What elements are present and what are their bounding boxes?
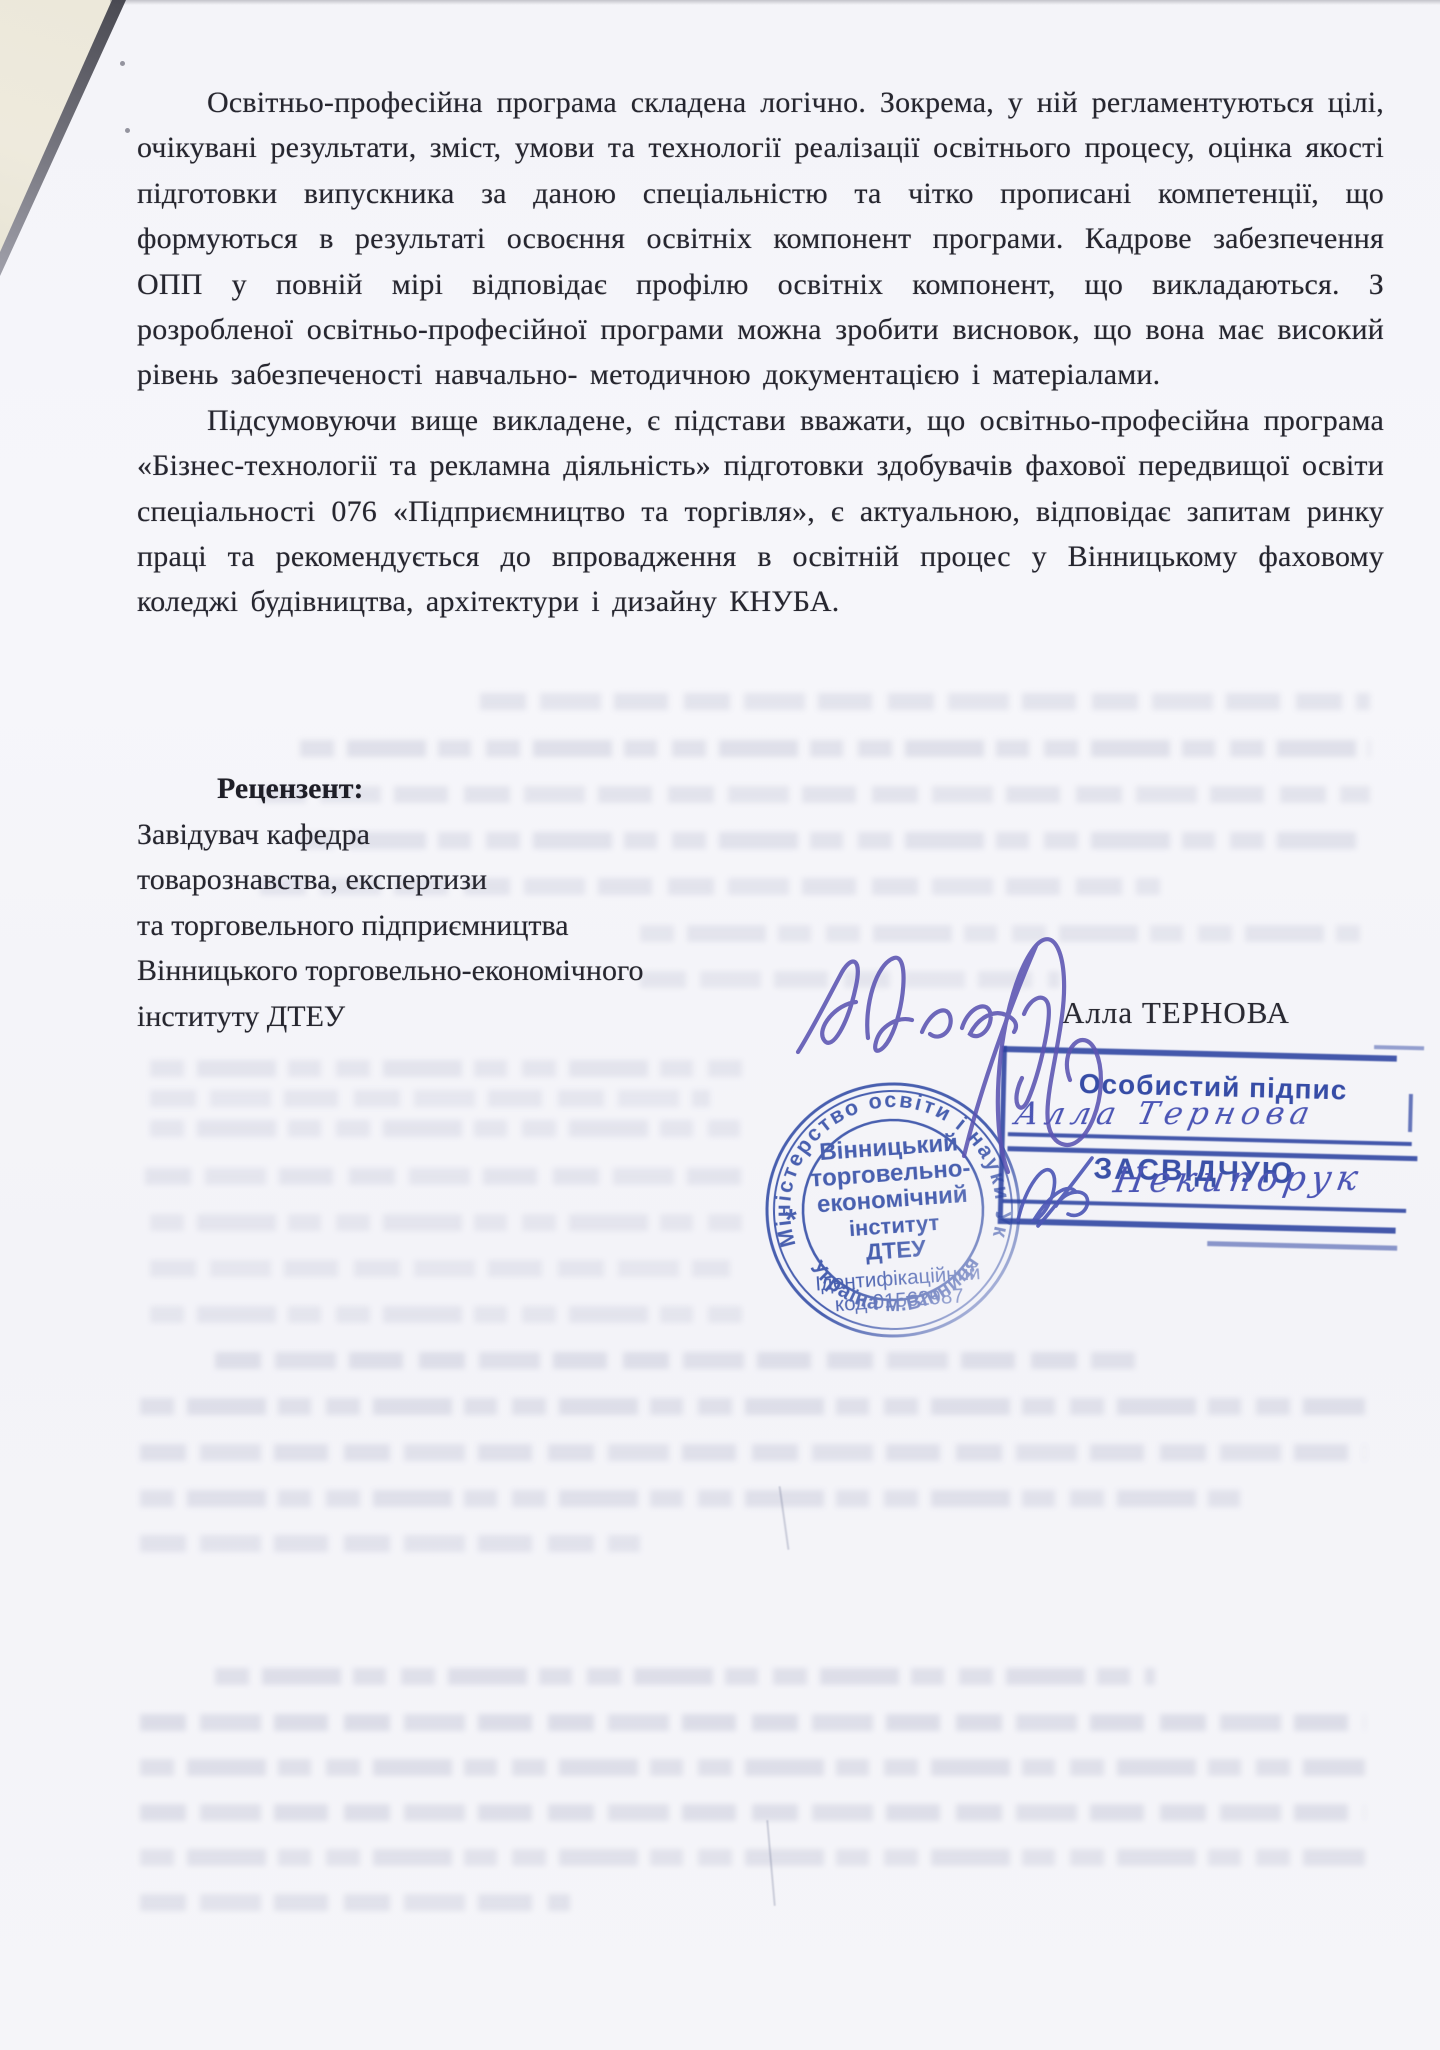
bleed-through-line (140, 1894, 570, 1911)
handwritten-name: Алла Тернова (1012, 1096, 1319, 1132)
stamp-separator-star: * (785, 1203, 798, 1236)
scanned-document-page: Освітньо-професійна програма складена ло… (0, 0, 1440, 2050)
stamp-rule-line (1002, 1199, 1406, 1213)
bleed-through-line (140, 1490, 1240, 1507)
bleed-through-line (215, 1668, 1155, 1685)
reviewer-line: та торговельного підприємництва (137, 903, 757, 949)
certification-stamp: Особистий підпис Алла Тернова ЗАСВІДЧУЮ … (997, 1046, 1426, 1252)
round-institution-stamp: Міністерство освіти і науки Ук Україна м… (753, 1070, 1032, 1349)
bleed-through-line (140, 1444, 1365, 1461)
paragraph-2: Підсумовуючи вище викладене, є підстави … (137, 398, 1384, 625)
scan-scratch (779, 1486, 790, 1550)
bleed-through-line (150, 1060, 750, 1077)
reviewer-line: інституту ДТЕУ (137, 994, 757, 1040)
stamp-center-text: Вінницький торговельно- економічний інст… (805, 1128, 982, 1317)
bleed-through-line (150, 1260, 730, 1277)
scan-speck (125, 128, 130, 133)
bleed-through-line (140, 1535, 640, 1552)
reviewer-line: товарознавства, експертизи (137, 857, 757, 903)
bleed-through-line (140, 1398, 1365, 1415)
scan-scratch (766, 1820, 775, 1906)
scan-top-edge-shade (110, 0, 1440, 5)
reviewer-line: Завідувач кафедра (137, 812, 757, 858)
bleed-through-line (140, 1759, 1365, 1776)
reviewer-label: Рецензент: (137, 766, 757, 812)
document-body: Освітньо-професійна програма складена ло… (137, 80, 1384, 625)
svg-text:ДТЕУ: ДТЕУ (865, 1235, 927, 1265)
reviewer-block: Рецензент: Завідувач кафедра товарознавс… (137, 766, 757, 1040)
stamp-border-bottom-dash (1207, 1241, 1397, 1251)
reviewer-line: Вінницького торговельно-економічного (137, 948, 757, 994)
bleed-through-line (150, 1306, 750, 1323)
stamp-rule-line (1008, 1132, 1412, 1146)
stamp-border-top-dash (1374, 1045, 1424, 1050)
bleed-through-line (480, 693, 1370, 710)
bleed-through-line (145, 1168, 755, 1185)
stamp-border-top (1002, 1046, 1397, 1062)
bleed-through-line (150, 1090, 710, 1107)
bleed-through-line (140, 1714, 1365, 1731)
bleed-through-line (150, 1120, 740, 1137)
bleed-through-line (150, 1214, 750, 1231)
bleed-through-line (215, 1352, 1135, 1369)
bleed-through-line (300, 740, 1370, 757)
scan-speck (120, 61, 125, 66)
bleed-through-line (140, 1804, 1365, 1821)
handwritten-surname: Некипорук (1111, 1159, 1366, 1201)
reviewer-name: Алла ТЕРНОВА (1062, 995, 1290, 1031)
bleed-through-line (140, 1849, 1365, 1866)
paragraph-1: Освітньо-професійна програма складена ло… (137, 80, 1384, 398)
stamp-border-bottom (998, 1218, 1396, 1234)
stamp-right-dash (1408, 1094, 1413, 1132)
